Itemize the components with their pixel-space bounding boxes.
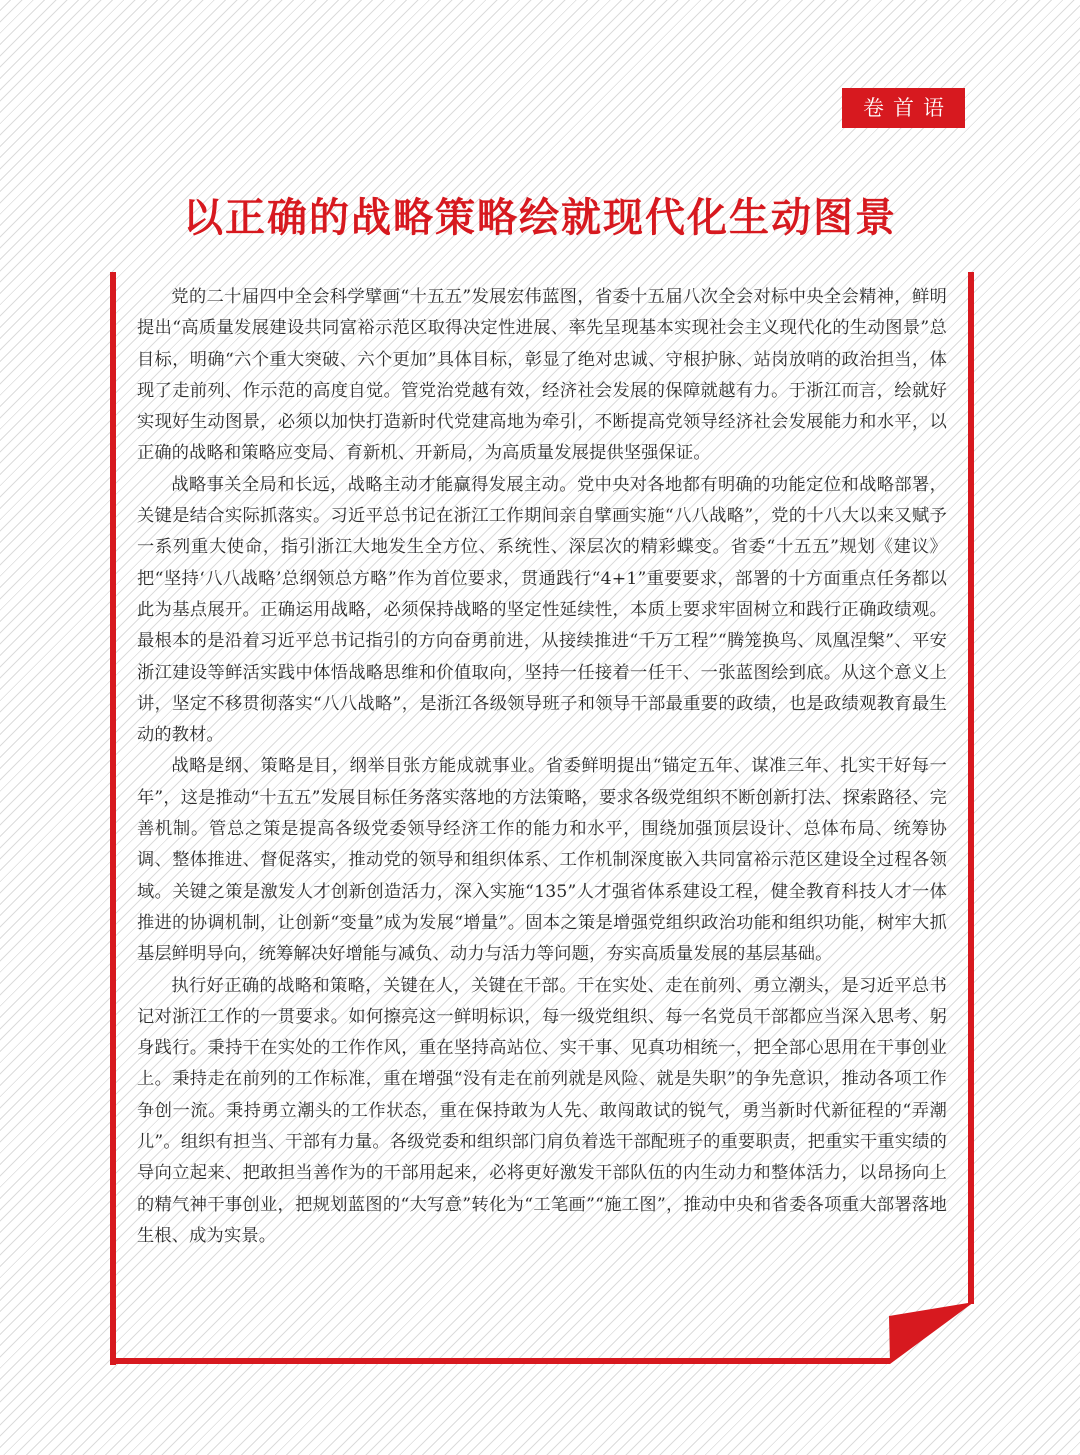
article-paragraph-4: 执行好正确的战略和策略，关键在人，关键在干部。干在实处、走在前列、勇立潮头，是习… [137, 971, 947, 1253]
frame-bottom-border [110, 1358, 890, 1364]
frame-left-border [110, 272, 116, 1365]
frame-right-border [968, 272, 974, 1304]
article-paragraph-1: 党的二十届四中全会科学擘画“十五五”发展宏伟蓝图，省委十五届八次全会对标中央全会… [137, 282, 947, 470]
article-paragraph-3: 战略是纲、策略是目，纲举目张方能成就事业。省委鲜明提出“锚定五年、谋准三年、扎实… [137, 751, 947, 970]
article-body: 党的二十届四中全会科学擘画“十五五”发展宏伟蓝图，省委十五届八次全会对标中央全会… [137, 282, 947, 1252]
column-label-badge: 卷首语 [842, 88, 965, 128]
article-title: 以正确的战略策略绘就现代化生动图景 [0, 186, 1080, 243]
article-paragraph-2: 战略事关全局和长远，战略主动才能赢得发展主动。党中央对各地都有明确的功能定位和战… [137, 470, 947, 752]
folded-corner-icon [886, 1300, 976, 1366]
